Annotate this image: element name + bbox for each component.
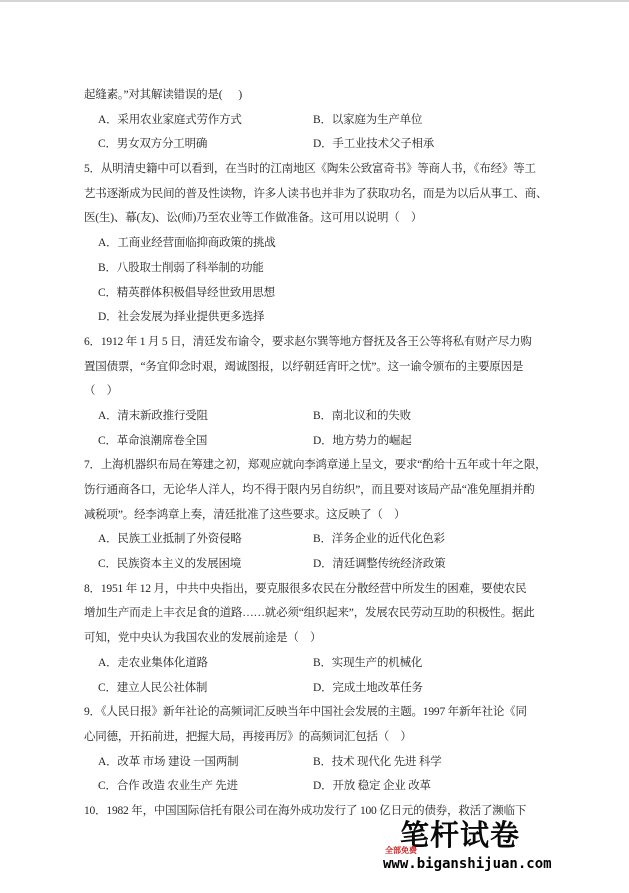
option-c: C．男女双方分工明确 xyxy=(98,132,207,157)
option-row: C．男女双方分工明确 D．手工业技术父子相承 xyxy=(84,132,556,157)
option-row: C．合作 改造 农业生产 先进 D．开放 稳定 企业 改革 xyxy=(84,774,556,799)
option-a: A．走农业集体化道路 xyxy=(98,651,208,676)
question-stem-line: 医(生)、幕(友)、讼(师)乃至农业等工作做准备。这可用以说明（ ） xyxy=(84,206,556,231)
option-d: D．清廷调整传统经济政策 xyxy=(313,552,445,577)
watermark-site-url: www.biganshijuan.com xyxy=(383,855,552,873)
option-row: C．民族资本主义的发展困境 D．清廷调整传统经济政策 xyxy=(84,552,556,577)
option-a: A．改革 市场 建设 一国两制 xyxy=(98,750,238,775)
page-top-edge xyxy=(0,0,629,2)
option-row: A．走农业集体化道路 B．实现生产的机械化 xyxy=(84,651,556,676)
option-c: C．精英群体积极倡导经世致用思想 xyxy=(84,281,556,306)
question-stem-line: 置国债票，“务宜仰念时艰，竭诚图报，以纾朝廷宵旰之忧”。这一谕令颁布的主要原因是 xyxy=(84,355,556,380)
question-stem-line: 起缝素。”对其解读错误的是( ) xyxy=(84,83,556,108)
option-a: A．工商业经营面临抑商政策的挑战 xyxy=(84,231,556,256)
question-stem-line: 增加生产而走上丰衣足食的道路……就必须“组织起来”，发展农民劳动互助的积极性。据… xyxy=(84,601,556,626)
option-a: A．民族工业抵制了外资侵略 xyxy=(98,527,242,552)
question-stem-line: 可知，党中央认为我国农业的发展前途是（ ） xyxy=(84,626,556,651)
option-row: A．采用农业家庭式劳作方式 B．以家庭为生产单位 xyxy=(84,108,556,133)
option-d: D．开放 稳定 企业 改革 xyxy=(313,774,431,799)
option-c: C．民族资本主义的发展困境 xyxy=(98,552,241,577)
option-d: D．完成土地改革任务 xyxy=(313,676,423,701)
option-c: C．革命浪潮席卷全国 xyxy=(98,429,207,454)
exam-page-body: 起缝素。”对其解读错误的是( ) A．采用农业家庭式劳作方式 B．以家庭为生产单… xyxy=(84,83,556,824)
question-stem-line: 艺书逐渐成为民间的普及性读物，许多人读书也并非为了获取功名，而是为以后从事工、商… xyxy=(84,182,556,207)
question-stem-line: 心同德，开拓前进，把握大局，再接再厉》的高频词汇包括（ ） xyxy=(84,725,556,750)
question-stem-line: 7．上海机器织布局在筹建之初，郑观应就向李鸿章递上呈文，要求“酌给十五年或十年之… xyxy=(84,453,556,478)
option-a: A．清末新政推行受阻 xyxy=(98,404,208,429)
option-b: B．技术 现代化 先进 科学 xyxy=(313,750,442,775)
question-stem-line: 8．1951 年 12 月，中共中央指出，要克服很多农民在分散经营中所发生的困难… xyxy=(84,577,556,602)
option-a: A．采用农业家庭式劳作方式 xyxy=(98,108,242,133)
option-b: B．洋务企业的近代化色彩 xyxy=(313,527,445,552)
option-b: B．八股取士削弱了科举制的功能 xyxy=(84,256,556,281)
option-d: D．地方势力的崛起 xyxy=(313,429,412,454)
question-stem-line: 6．1912 年 1 月 5 日，清廷发布谕令，要求赵尔巽等地方督抚及各王公等将… xyxy=(84,330,556,355)
option-row: A．清末新政推行受阻 B．南北议和的失败 xyxy=(84,404,556,429)
option-b: B．南北议和的失败 xyxy=(313,404,411,429)
option-d: D．手工业技术父子相承 xyxy=(313,132,434,157)
question-stem-line: 减税项”。经李鸿章上奏，清廷批准了这些要求。这反映了（ ） xyxy=(84,503,556,528)
question-stem-line: 5．从明清史籍中可以看到，在当时的江南地区《陶朱公致富奇书》等商人书，《布经》等… xyxy=(84,157,556,182)
option-row: A．民族工业抵制了外资侵略 B．洋务企业的近代化色彩 xyxy=(84,527,556,552)
question-stem-line: 饬行通商各口，无论华人洋人，均不得于限内另自纺织”，而且要对该局产品“准免厘捐并… xyxy=(84,478,556,503)
option-d: D．社会发展为择业提供更多选择 xyxy=(84,305,556,330)
question-stem-line: 9．《人民日报》新年社论的高频词汇反映当年中国社会发展的主题。1997 年新年社… xyxy=(84,700,556,725)
option-c: C．合作 改造 农业生产 先进 xyxy=(98,774,238,799)
option-row: C．革命浪潮席卷全国 D．地方势力的崛起 xyxy=(84,429,556,454)
option-b: B．以家庭为生产单位 xyxy=(313,108,422,133)
option-b: B．实现生产的机械化 xyxy=(313,651,422,676)
option-row: A．改革 市场 建设 一国两制 B．技术 现代化 先进 科学 xyxy=(84,750,556,775)
option-row: C．建立人民公社体制 D．完成土地改革任务 xyxy=(84,676,556,701)
option-c: C．建立人民公社体制 xyxy=(98,676,207,701)
question-stem-line: （ ） xyxy=(84,379,556,404)
watermark-site-title: 笔杆试卷 xyxy=(400,819,520,853)
